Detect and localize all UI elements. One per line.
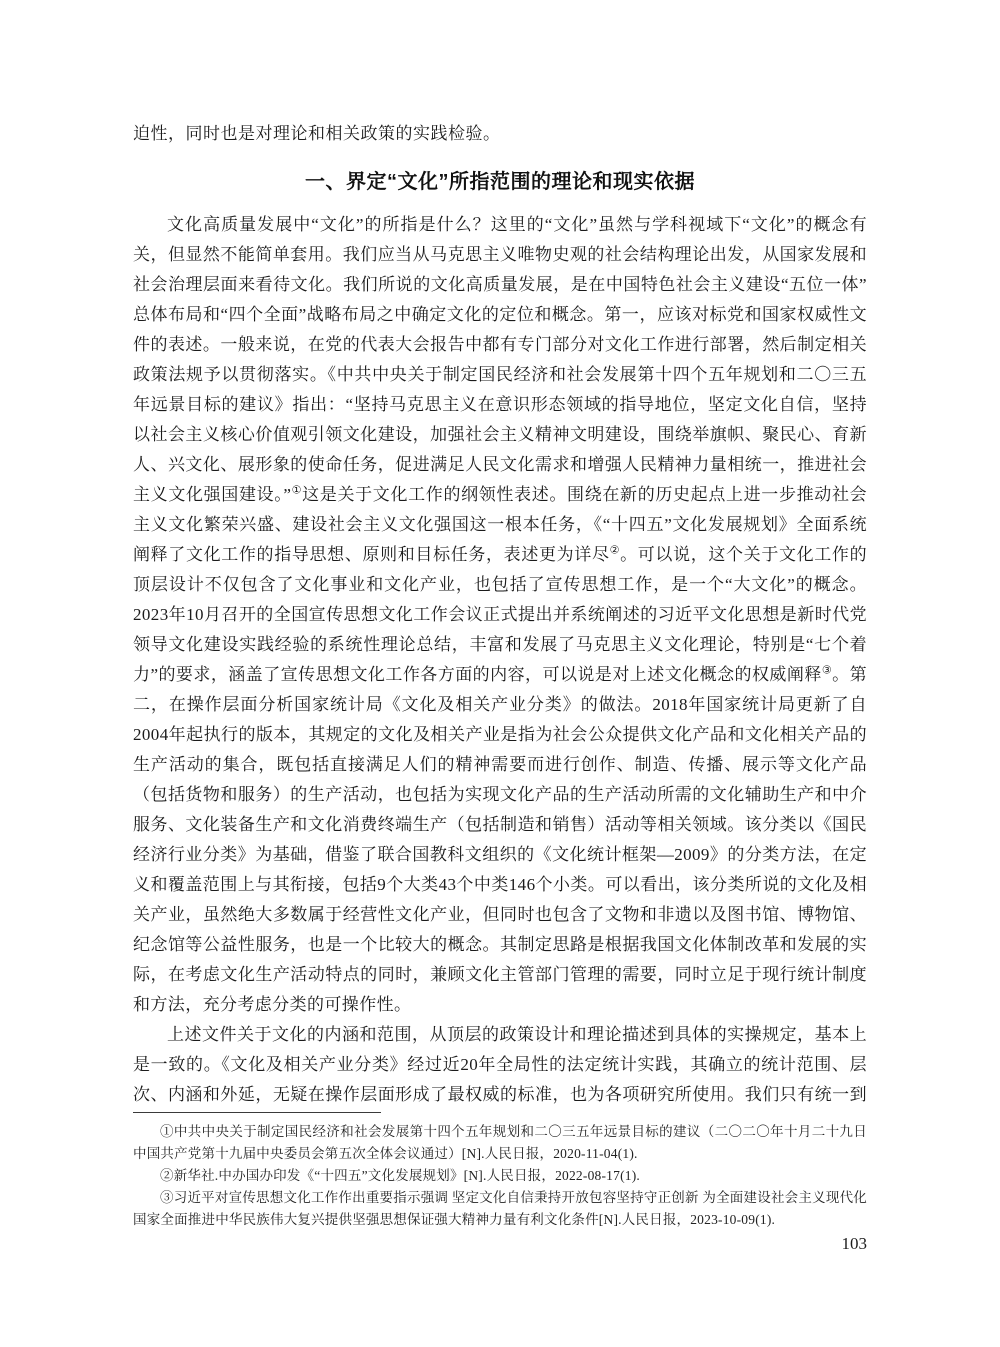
footnote-1: ①中共中央关于制定国民经济和社会发展第十四个五年规划和二〇三五年远景目标的建议（… bbox=[133, 1121, 867, 1165]
footnote-3: ③习近平对宣传思想文化工作作出重要指示强调 坚定文化自信秉持开放包容坚持守正创新… bbox=[133, 1187, 867, 1231]
footnotes-block: ①中共中央关于制定国民经济和社会发展第十四个五年规划和二〇三五年远景目标的建议（… bbox=[133, 1121, 867, 1231]
page-number: 103 bbox=[133, 1233, 867, 1255]
body-text-block: 文化高质量发展中“文化”的所指是什么？这里的“文化”虽然与学科视域下“文化”的概… bbox=[133, 210, 867, 1112]
carryover-paragraph-text: 迫性，同时也是对理论和相关政策的实践检验。 bbox=[133, 122, 867, 146]
paper-page: 迫性，同时也是对理论和相关政策的实践检验。 一、界定“文化”所指范围的理论和现实… bbox=[0, 0, 1000, 1347]
footnote-divider bbox=[133, 1112, 381, 1113]
paragraph-2: 上述文件关于文化的内涵和范围，从顶层的政策设计和理论描述到具体的实操规定，基本上… bbox=[133, 1020, 867, 1112]
paragraph-1: 文化高质量发展中“文化”的所指是什么？这里的“文化”虽然与学科视域下“文化”的概… bbox=[133, 210, 867, 1020]
footnote-2: ②新华社.中办国办印发《“十四五”文化发展规划》[N].人民日报，2022-08… bbox=[133, 1165, 867, 1187]
section-heading: 一、界定“文化”所指范围的理论和现实依据 bbox=[133, 169, 867, 195]
